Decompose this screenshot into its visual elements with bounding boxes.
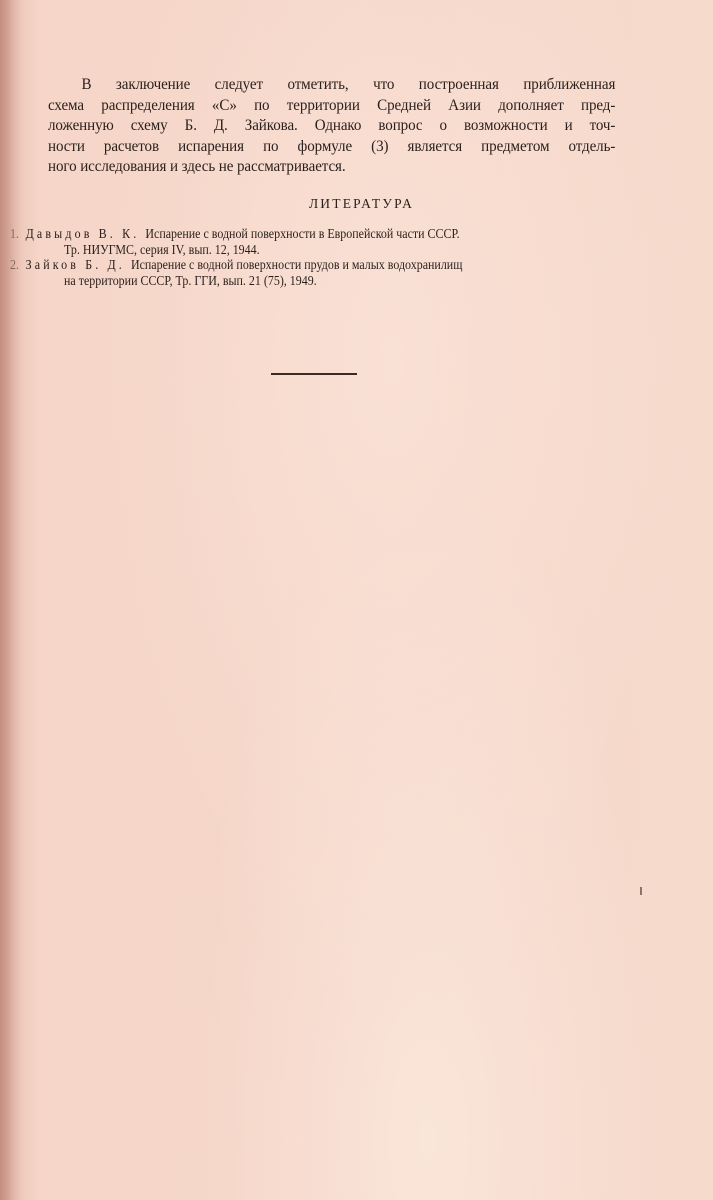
paragraph-line: схема распределения «С» по территории Ср…: [48, 95, 615, 116]
references-heading: ЛИТЕРАТУРА: [0, 196, 713, 212]
page-gutter-shadow: [0, 0, 22, 1200]
references-list: 1. Давыдов В. К. Испарение с водной пове…: [10, 226, 604, 288]
reference-item: 1. Давыдов В. К. Испарение с водной пове…: [10, 226, 604, 257]
section-end-rule: [271, 373, 357, 375]
reference-item: 2. Зайков Б. Д. Испарение с водной повер…: [10, 257, 604, 288]
paragraph-line: ности расчетов испарения по формуле (3) …: [48, 136, 615, 157]
reference-source: Тр. НИУГМС, серия IV, вып. 12, 1944.: [10, 242, 604, 258]
reference-title: Испарение с водной поверхности прудов и …: [131, 257, 462, 272]
reference-number: 1.: [10, 226, 23, 242]
paragraph-line: ного исследования и здесь не рассматрива…: [48, 156, 615, 177]
book-page: В заключение следует отметить, что постр…: [0, 0, 713, 1200]
paragraph-line: ложенную схему Б. Д. Зайкова. Однако воп…: [48, 115, 615, 136]
paragraph-line: В заключение следует отметить, что постр…: [48, 74, 615, 95]
paper-speck: [640, 887, 642, 895]
reference-author: Давыдов В. К.: [26, 226, 140, 241]
reference-title: Испарение с водной поверхности в Европей…: [145, 226, 459, 241]
reference-number: 2.: [10, 257, 23, 273]
reference-source: на территории СССР, Тр. ГГИ, вып. 21 (75…: [10, 273, 604, 289]
conclusion-paragraph: В заключение следует отметить, что постр…: [48, 74, 578, 177]
reference-author: Зайков Б. Д.: [26, 257, 125, 272]
